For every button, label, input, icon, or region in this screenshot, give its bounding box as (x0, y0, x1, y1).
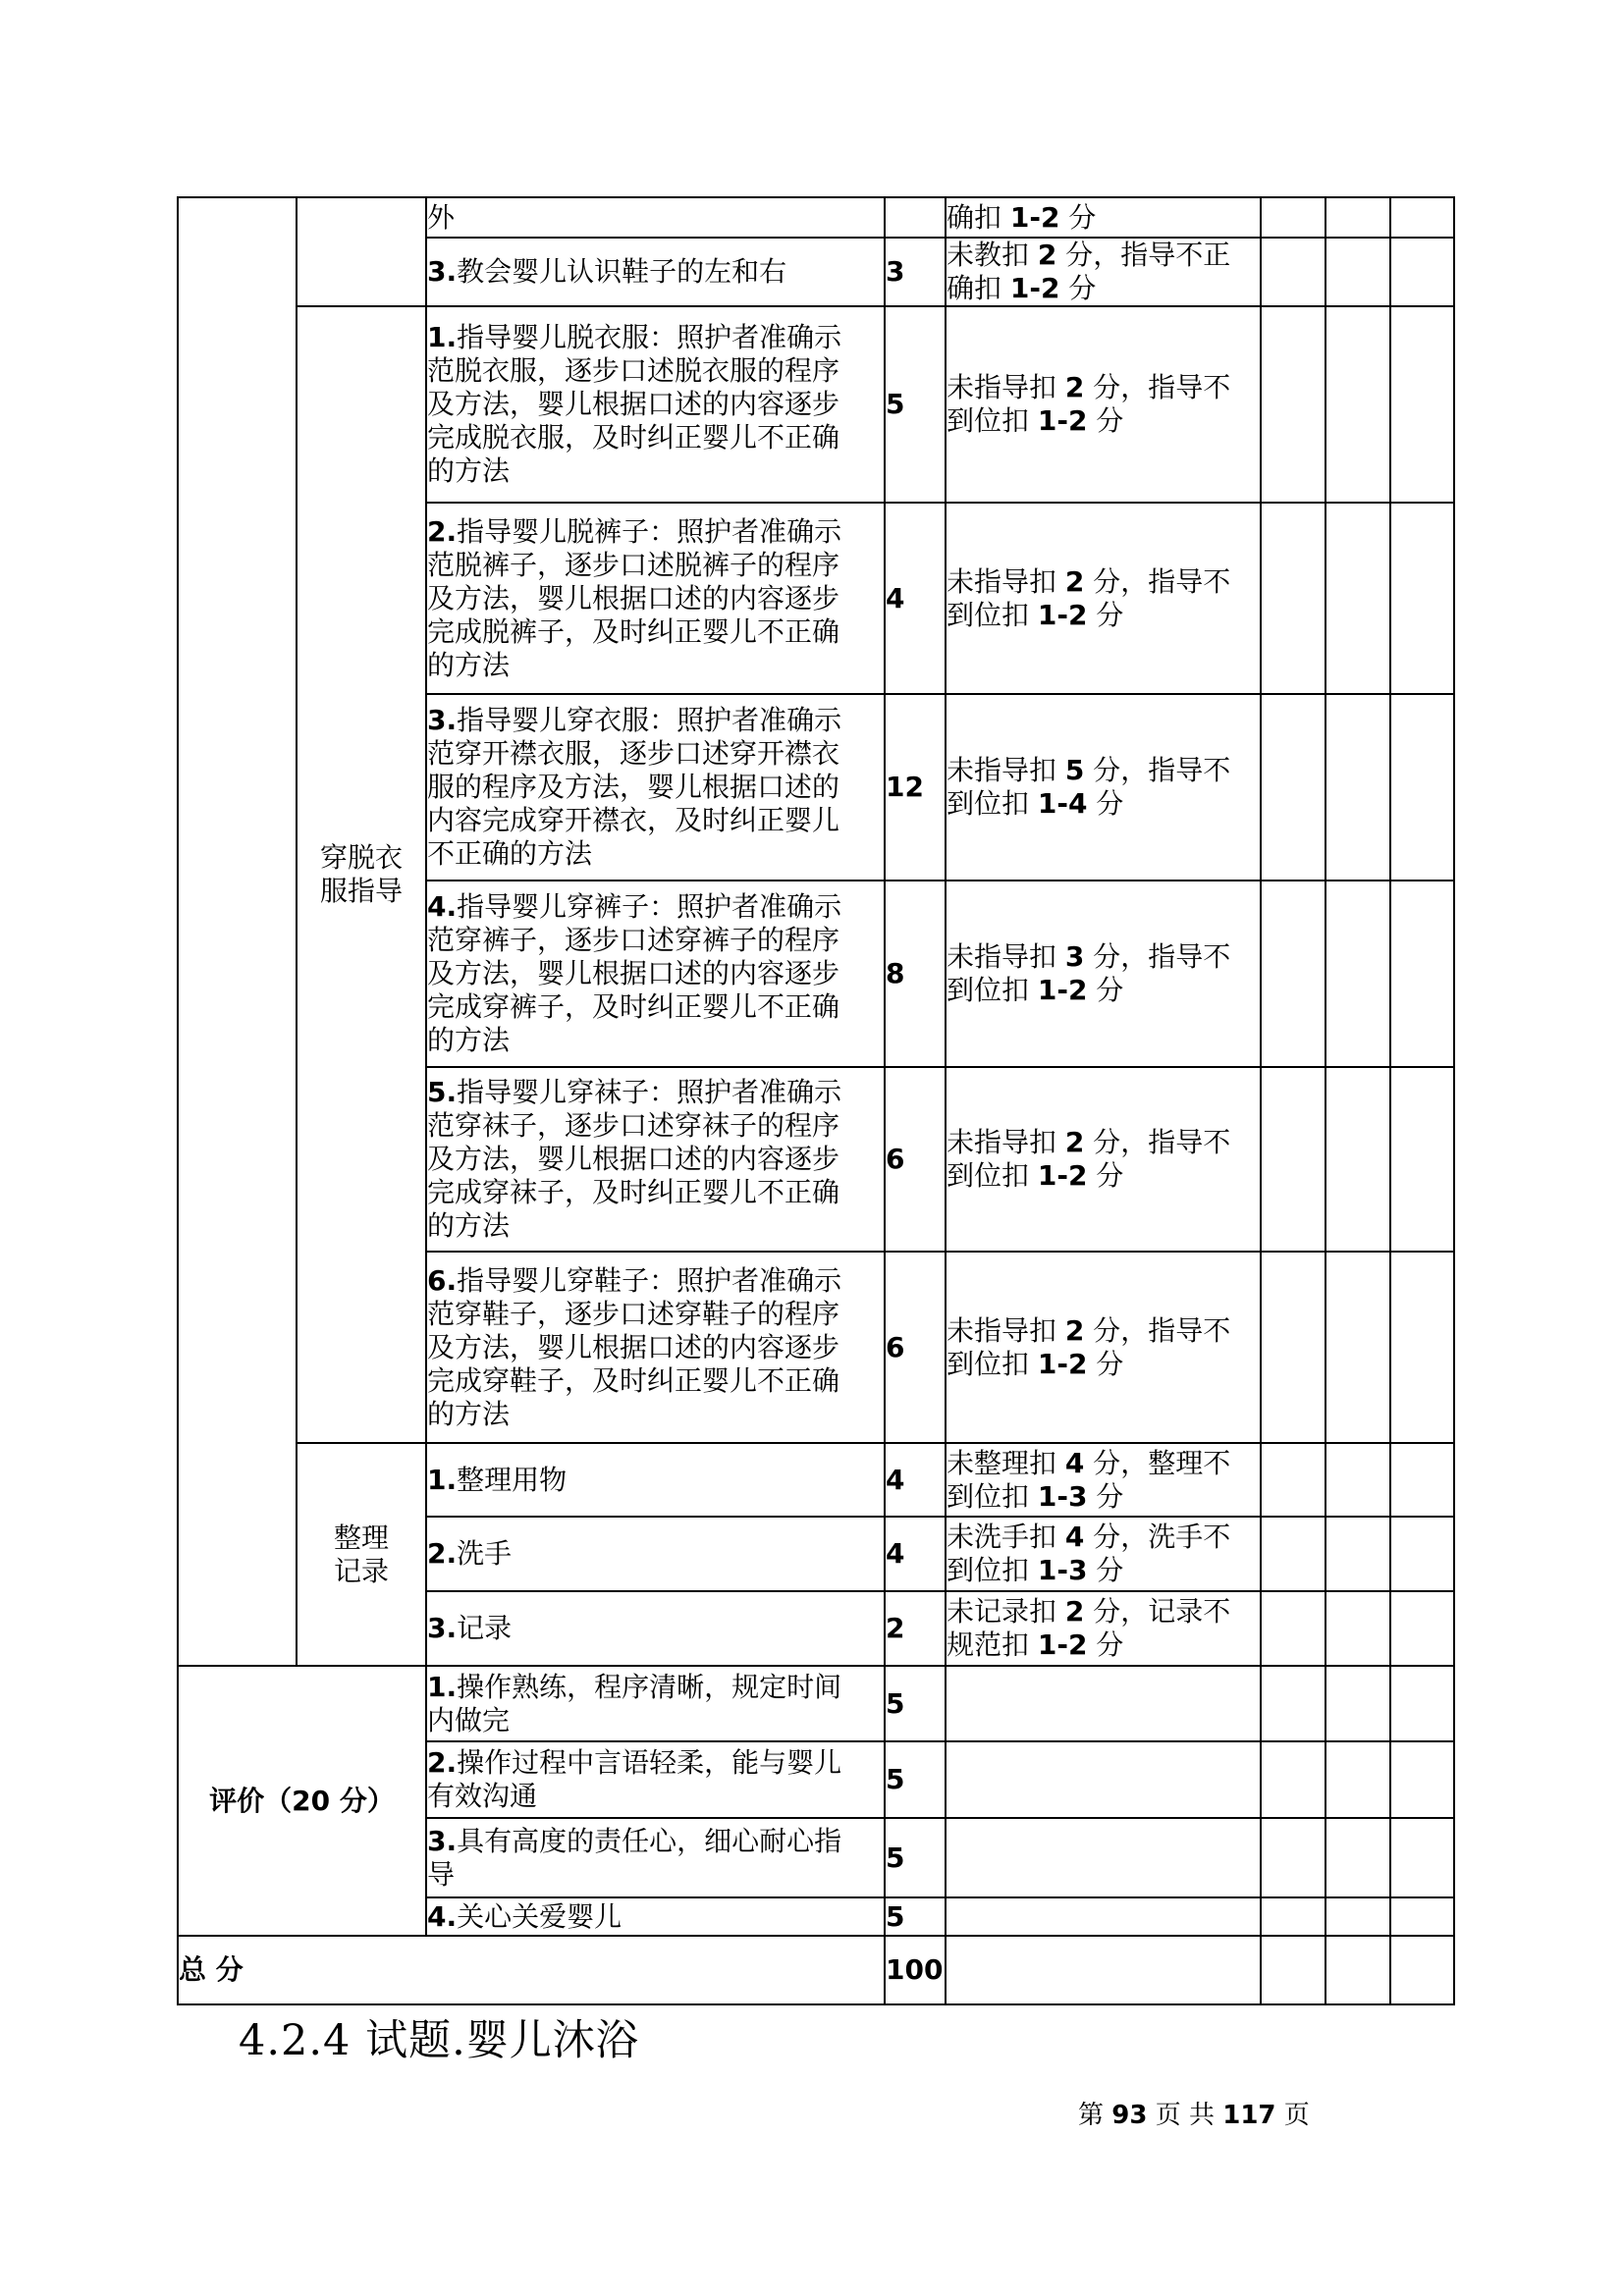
score-entry-cell-1 (1261, 197, 1325, 238)
item-cell: 2.洗手 (426, 1517, 885, 1591)
score-entry-cell-1 (1261, 1666, 1325, 1741)
score-entry-cell-3 (1390, 694, 1454, 881)
score-cell: 5 (885, 1666, 946, 1741)
item-cell: 2.指导婴儿脱裤子：照护者准确示 范脱裤子，逐步口述脱裤子的程序 及方法，婴儿根… (426, 503, 885, 694)
score-entry-cell-2 (1325, 1252, 1390, 1443)
page-footer: 第 93 页 共 117 页 (1078, 2099, 1310, 2132)
score-entry-cell-1 (1261, 238, 1325, 306)
total-label-cell: 总 分 (178, 1936, 885, 2004)
table-row: 整理 记录 1.整理用物 4 未整理扣 4 分，整理不 到位扣 1-3 分 (178, 1443, 1454, 1517)
score-entry-cell-2 (1325, 1741, 1390, 1818)
score-entry-cell-3 (1390, 1591, 1454, 1666)
score-entry-cell-2 (1325, 1897, 1390, 1936)
score-entry-cell-3 (1390, 1252, 1454, 1443)
item-cell: 4.指导婴儿穿裤子：照护者准确示 范穿裤子，逐步口述穿裤子的程序 及方法，婴儿根… (426, 881, 885, 1067)
score-entry-cell-1 (1261, 1818, 1325, 1897)
item-cell: 1.整理用物 (426, 1443, 885, 1517)
score-cell: 4 (885, 1517, 946, 1591)
score-entry-cell-1 (1261, 1252, 1325, 1443)
score-entry-cell-3 (1390, 1517, 1454, 1591)
deduction-cell (946, 1741, 1261, 1818)
score-cell: 6 (885, 1067, 946, 1252)
score-cell: 2 (885, 1591, 946, 1666)
score-entry-cell-1 (1261, 1936, 1325, 2004)
item-cell: 3.教会婴儿认识鞋子的左和右 (426, 238, 885, 306)
section-heading: 4.2.4 试题.婴儿沐浴 (239, 2014, 639, 2067)
score-entry-cell-2 (1325, 503, 1390, 694)
score-entry-cell-3 (1390, 306, 1454, 503)
score-cell: 6 (885, 1252, 946, 1443)
item-cell: 2.操作过程中言语轻柔，能与婴儿 有效沟通 (426, 1741, 885, 1818)
score-entry-cell-3 (1390, 503, 1454, 694)
score-entry-cell-2 (1325, 694, 1390, 881)
score-entry-cell-3 (1390, 1443, 1454, 1517)
score-entry-cell-1 (1261, 1517, 1325, 1591)
score-entry-cell-1 (1261, 1591, 1325, 1666)
score-cell: 8 (885, 881, 946, 1067)
score-entry-cell-2 (1325, 1666, 1390, 1741)
table-row: 外 确扣 1-2 分 (178, 197, 1454, 238)
item-cell: 5.指导婴儿穿袜子：照护者准确示 范穿袜子，逐步口述穿袜子的程序 及方法，婴儿根… (426, 1067, 885, 1252)
score-cell: 5 (885, 1897, 946, 1936)
score-cell: 4 (885, 1443, 946, 1517)
item-cell: 3.指导婴儿穿衣服：照护者准确示 范穿开襟衣服，逐步口述穿开襟衣 服的程序及方法… (426, 694, 885, 881)
score-entry-cell-3 (1390, 1936, 1454, 2004)
deduction-cell: 未教扣 2 分，指导不正 确扣 1-2 分 (946, 238, 1261, 306)
score-entry-cell-1 (1261, 1443, 1325, 1517)
score-entry-cell-1 (1261, 1741, 1325, 1818)
score-entry-cell-2 (1325, 1067, 1390, 1252)
item-cell: 1.操作熟练，程序清晰，规定时间 内做完 (426, 1666, 885, 1741)
deduction-cell: 未指导扣 5 分，指导不 到位扣 1-4 分 (946, 694, 1261, 881)
score-entry-cell-2 (1325, 1591, 1390, 1666)
score-entry-cell-2 (1325, 306, 1390, 503)
deduction-cell (946, 1666, 1261, 1741)
item-cell: 1.指导婴儿脱衣服：照护者准确示 范脱衣服，逐步口述脱衣服的程序 及方法，婴儿根… (426, 306, 885, 503)
score-cell: 5 (885, 306, 946, 503)
deduction-cell: 未洗手扣 4 分，洗手不 到位扣 1-3 分 (946, 1517, 1261, 1591)
score-entry-cell-3 (1390, 1818, 1454, 1897)
evaluation-label-cell: 评价（20 分） (178, 1666, 426, 1936)
score-cell (885, 197, 946, 238)
deduction-cell: 未整理扣 4 分，整理不 到位扣 1-3 分 (946, 1443, 1261, 1517)
table-row-total: 总 分 100 (178, 1936, 1454, 2004)
score-cell: 3 (885, 238, 946, 306)
score-entry-cell-3 (1390, 881, 1454, 1067)
score-entry-cell-2 (1325, 1443, 1390, 1517)
score-entry-cell-1 (1261, 503, 1325, 694)
document-page: 外 确扣 1-2 分 3.教会婴儿认识鞋子的左和右 3 未教扣 2 分，指导不正… (0, 0, 1623, 2296)
deduction-cell (946, 1818, 1261, 1897)
score-entry-cell-1 (1261, 1067, 1325, 1252)
deduction-cell: 未指导扣 2 分，指导不 到位扣 1-2 分 (946, 503, 1261, 694)
score-entry-cell-2 (1325, 197, 1390, 238)
score-entry-cell-1 (1261, 306, 1325, 503)
deduction-cell: 未指导扣 3 分，指导不 到位扣 1-2 分 (946, 881, 1261, 1067)
score-entry-cell-2 (1325, 1517, 1390, 1591)
item-cell: 外 (426, 197, 885, 238)
score-entry-cell-2 (1325, 1818, 1390, 1897)
item-cell: 3.具有高度的责任心，细心耐心指 导 (426, 1818, 885, 1897)
score-cell: 5 (885, 1818, 946, 1897)
score-entry-cell-2 (1325, 238, 1390, 306)
deduction-cell: 未指导扣 2 分，指导不 到位扣 1-2 分 (946, 306, 1261, 503)
score-entry-cell-2 (1325, 881, 1390, 1067)
deduction-cell (946, 1897, 1261, 1936)
score-entry-cell-3 (1390, 197, 1454, 238)
score-entry-cell-3 (1390, 1741, 1454, 1818)
item-cell: 6.指导婴儿穿鞋子：照护者准确示 范穿鞋子，逐步口述穿鞋子的程序 及方法，婴儿根… (426, 1252, 885, 1443)
item-cell: 4.关心关爱婴儿 (426, 1897, 885, 1936)
subcategory-tidy-cell: 整理 记录 (297, 1443, 426, 1666)
score-cell: 12 (885, 694, 946, 881)
table-row: 穿脱衣 服指导 1.指导婴儿脱衣服：照护者准确示 范脱衣服，逐步口述脱衣服的程序… (178, 306, 1454, 503)
score-entry-cell-1 (1261, 1897, 1325, 1936)
score-entry-cell-3 (1390, 238, 1454, 306)
subcategory-dressing-cell: 穿脱衣 服指导 (297, 306, 426, 1443)
table-row: 评价（20 分） 1.操作熟练，程序清晰，规定时间 内做完 5 (178, 1666, 1454, 1741)
deduction-cell: 未记录扣 2 分，记录不 规范扣 1-2 分 (946, 1591, 1261, 1666)
score-entry-cell-3 (1390, 1897, 1454, 1936)
item-cell: 3.记录 (426, 1591, 885, 1666)
score-entry-cell-2 (1325, 1936, 1390, 2004)
scoring-rubric-table: 外 确扣 1-2 分 3.教会婴儿认识鞋子的左和右 3 未教扣 2 分，指导不正… (177, 196, 1455, 2005)
deduction-cell: 确扣 1-2 分 (946, 197, 1261, 238)
score-entry-cell-3 (1390, 1666, 1454, 1741)
deduction-cell (946, 1936, 1261, 2004)
score-entry-cell-1 (1261, 881, 1325, 1067)
category-empty-cell (178, 197, 297, 1666)
deduction-cell: 未指导扣 2 分，指导不 到位扣 1-2 分 (946, 1252, 1261, 1443)
score-entry-cell-3 (1390, 1067, 1454, 1252)
deduction-cell: 未指导扣 2 分，指导不 到位扣 1-2 分 (946, 1067, 1261, 1252)
subcategory-empty-cell (297, 197, 426, 306)
score-cell: 4 (885, 503, 946, 694)
total-score-cell: 100 (885, 1936, 946, 2004)
score-entry-cell-1 (1261, 694, 1325, 881)
score-cell: 5 (885, 1741, 946, 1818)
